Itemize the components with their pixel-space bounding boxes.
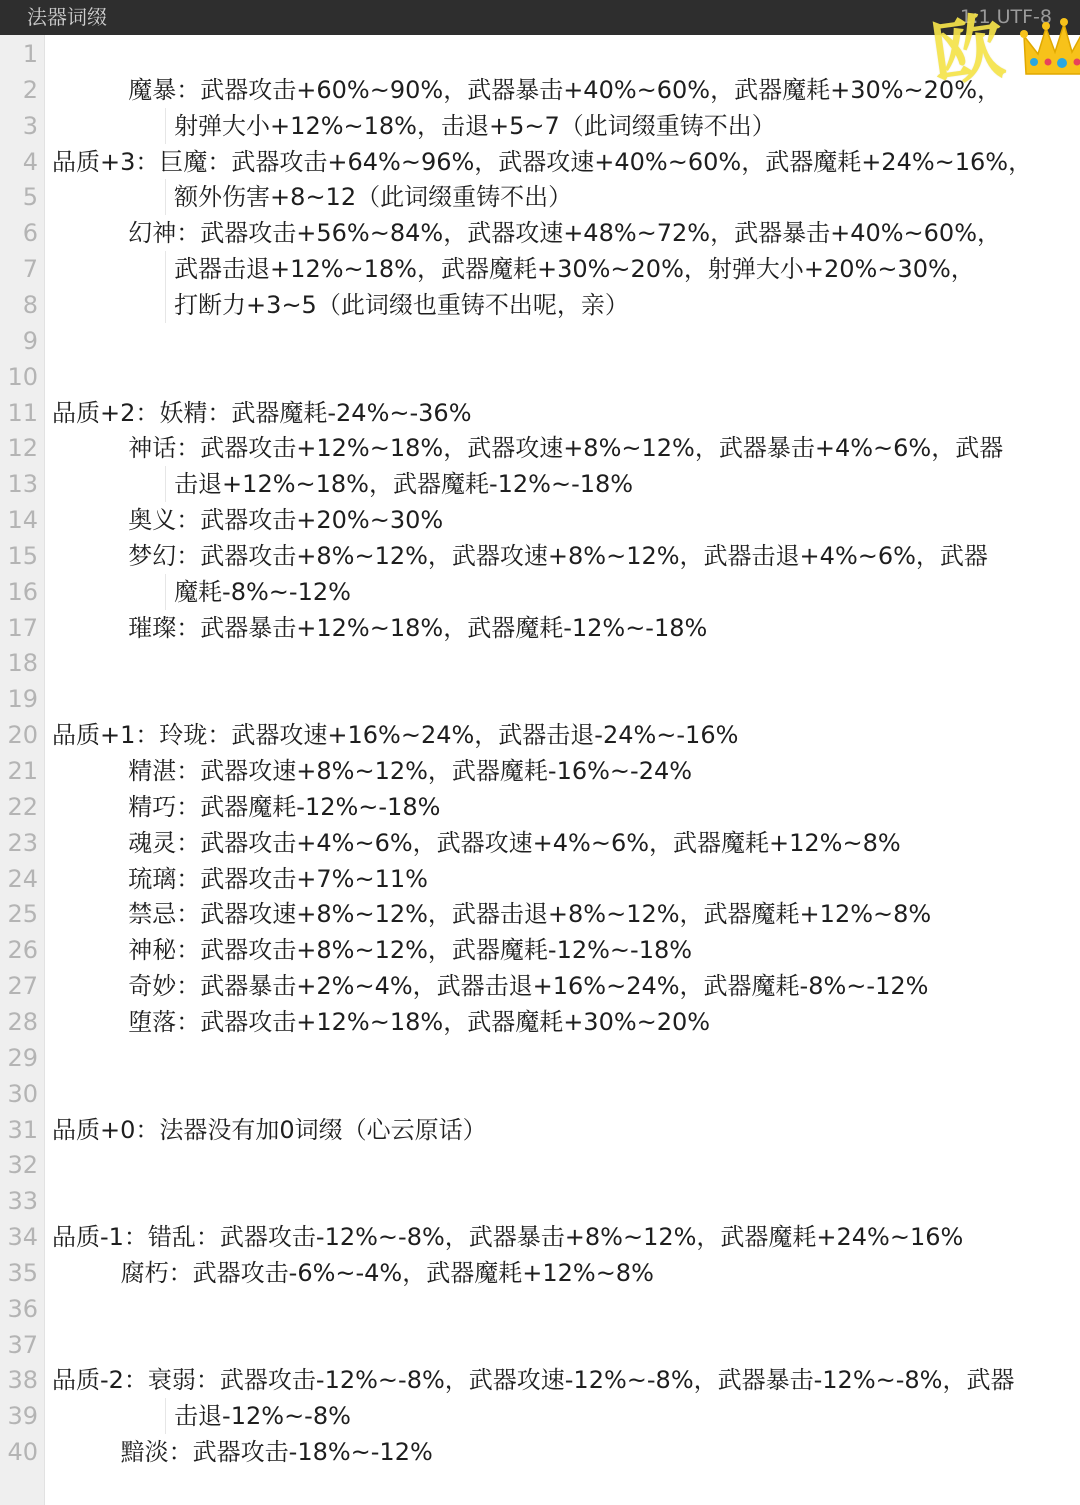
line-number: 1: [0, 36, 38, 72]
text-line[interactable]: 魔暴：武器攻击+60%~90%，武器暴击+40%~60%，武器魔耗+30%~20…: [52, 72, 1001, 108]
text-line[interactable]: 击退-12%~-8%: [52, 1398, 351, 1434]
line-number: 27: [0, 968, 38, 1004]
text-line[interactable]: 击退+12%~18%，武器魔耗-12%~-18%: [52, 466, 633, 502]
text-line[interactable]: 魔耗-8%~-12%: [52, 574, 351, 610]
line-number: 39: [0, 1398, 38, 1434]
file-title: 法器词缀: [27, 0, 107, 35]
text-line[interactable]: 璀璨：武器暴击+12%~18%，武器魔耗-12%~-18%: [52, 610, 707, 646]
line-number: 23: [0, 825, 38, 861]
text-line[interactable]: 品质+3：巨魔：武器攻击+64%~96%，武器攻速+40%~60%，武器魔耗+2…: [52, 144, 1032, 180]
line-number: 14: [0, 502, 38, 538]
line-number: 24: [0, 861, 38, 897]
line-number: 40: [0, 1434, 38, 1470]
line-number: 38: [0, 1362, 38, 1398]
wrap-indicator: [165, 466, 166, 502]
text-line[interactable]: 品质+0：法器没有加0词缀（心云原话）: [52, 1112, 487, 1148]
wrap-indicator: [165, 108, 166, 144]
line-number: 8: [0, 287, 38, 323]
line-number-gutter: 1234567891011121314151617181920212223242…: [0, 35, 45, 1505]
text-line[interactable]: 品质-2：衰弱：武器攻击-12%~-8%，武器攻速-12%~-8%，武器暴击-1…: [52, 1362, 1014, 1398]
wrap-indicator: [165, 179, 166, 215]
line-number: 3: [0, 108, 38, 144]
text-line[interactable]: 额外伤害+8~12（此词缀重铸不出）: [52, 179, 572, 215]
line-number: 10: [0, 359, 38, 395]
encoding-label: UTF-8: [997, 6, 1052, 28]
line-number: 17: [0, 610, 38, 646]
line-number: 11: [0, 395, 38, 431]
wrap-indicator: [165, 1398, 166, 1434]
line-number: 26: [0, 932, 38, 968]
line-number: 6: [0, 215, 38, 251]
text-line[interactable]: 神秘：武器攻击+8%~12%，武器魔耗-12%~-18%: [52, 932, 692, 968]
text-line[interactable]: 品质+1：玲珑：武器攻速+16%~24%，武器击退-24%~-16%: [52, 717, 738, 753]
line-number: 25: [0, 896, 38, 932]
wrap-indicator: [165, 574, 166, 610]
text-line[interactable]: 品质-1：错乱：武器攻击-12%~-8%，武器暴击+8%~12%，武器魔耗+24…: [52, 1219, 963, 1255]
line-number: 30: [0, 1076, 38, 1112]
line-number: 21: [0, 753, 38, 789]
line-number: 12: [0, 430, 38, 466]
line-number: 28: [0, 1004, 38, 1040]
text-line[interactable]: 幻神：武器攻击+56%~84%，武器攻速+48%~72%，武器暴击+40%~60…: [52, 215, 1001, 251]
text-line[interactable]: 打断力+3~5（此词缀也重铸不出呢，亲）: [52, 287, 629, 323]
text-editor[interactable]: 1234567891011121314151617181920212223242…: [0, 35, 1080, 1505]
line-number: 9: [0, 323, 38, 359]
text-line[interactable]: 堕落：武器攻击+12%~18%，武器魔耗+30%~20%: [52, 1004, 710, 1040]
line-number: 19: [0, 681, 38, 717]
line-number: 4: [0, 144, 38, 180]
line-number: 13: [0, 466, 38, 502]
text-line[interactable]: 腐朽：武器攻击-6%~-4%，武器魔耗+12%~8%: [52, 1255, 654, 1291]
text-line[interactable]: 精巧：武器魔耗-12%~-18%: [52, 789, 440, 825]
cursor-position: 1:1: [960, 6, 991, 28]
line-number: 34: [0, 1219, 38, 1255]
text-line[interactable]: 琉璃：武器攻击+7%~11%: [52, 861, 428, 897]
line-number: 15: [0, 538, 38, 574]
wrap-indicator: [165, 251, 166, 323]
line-number: 16: [0, 574, 38, 610]
line-number: 32: [0, 1147, 38, 1183]
line-number: 31: [0, 1112, 38, 1148]
text-line[interactable]: 奇妙：武器暴击+2%~4%，武器击退+16%~24%，武器魔耗-8%~-12%: [52, 968, 928, 1004]
text-line[interactable]: 品质+2：妖精：武器魔耗-24%~-36%: [52, 395, 472, 431]
line-number: 20: [0, 717, 38, 753]
line-number: 37: [0, 1327, 38, 1363]
text-line[interactable]: 梦幻：武器攻击+8%~12%，武器攻速+8%~12%，武器击退+4%~6%，武器: [52, 538, 988, 574]
text-line[interactable]: 黯淡：武器攻击-18%~-12%: [52, 1434, 433, 1470]
line-number: 7: [0, 251, 38, 287]
text-line[interactable]: 神话：武器攻击+12%~18%，武器攻速+8%~12%，武器暴击+4%~6%，武…: [52, 430, 1003, 466]
title-bar: 法器词缀 1:1 UTF-8: [0, 0, 1080, 35]
text-line[interactable]: 武器击退+12%~18%，武器魔耗+30%~20%，射弹大小+20%~30%，: [52, 251, 975, 287]
line-number: 2: [0, 72, 38, 108]
cursor-encoding-status: 1:1 UTF-8: [960, 0, 1052, 35]
text-line[interactable]: 禁忌：武器攻速+8%~12%，武器击退+8%~12%，武器魔耗+12%~8%: [52, 896, 931, 932]
text-line[interactable]: 射弹大小+12%~18%，击退+5~7（此词缀重铸不出）: [52, 108, 776, 144]
line-number: 35: [0, 1255, 38, 1291]
line-number: 36: [0, 1291, 38, 1327]
line-number: 5: [0, 179, 38, 215]
editor-content[interactable]: 魔暴：武器攻击+60%~90%，武器暴击+40%~60%，武器魔耗+30%~20…: [52, 35, 1080, 1505]
text-line[interactable]: 奥义：武器攻击+20%~30%: [52, 502, 443, 538]
line-number: 18: [0, 645, 38, 681]
text-line[interactable]: 魂灵：武器攻击+4%~6%，武器攻速+4%~6%，武器魔耗+12%~8%: [52, 825, 901, 861]
line-number: 33: [0, 1183, 38, 1219]
text-line[interactable]: 精湛：武器攻速+8%~12%，武器魔耗-16%~-24%: [52, 753, 692, 789]
line-number: 29: [0, 1040, 38, 1076]
line-number: 22: [0, 789, 38, 825]
